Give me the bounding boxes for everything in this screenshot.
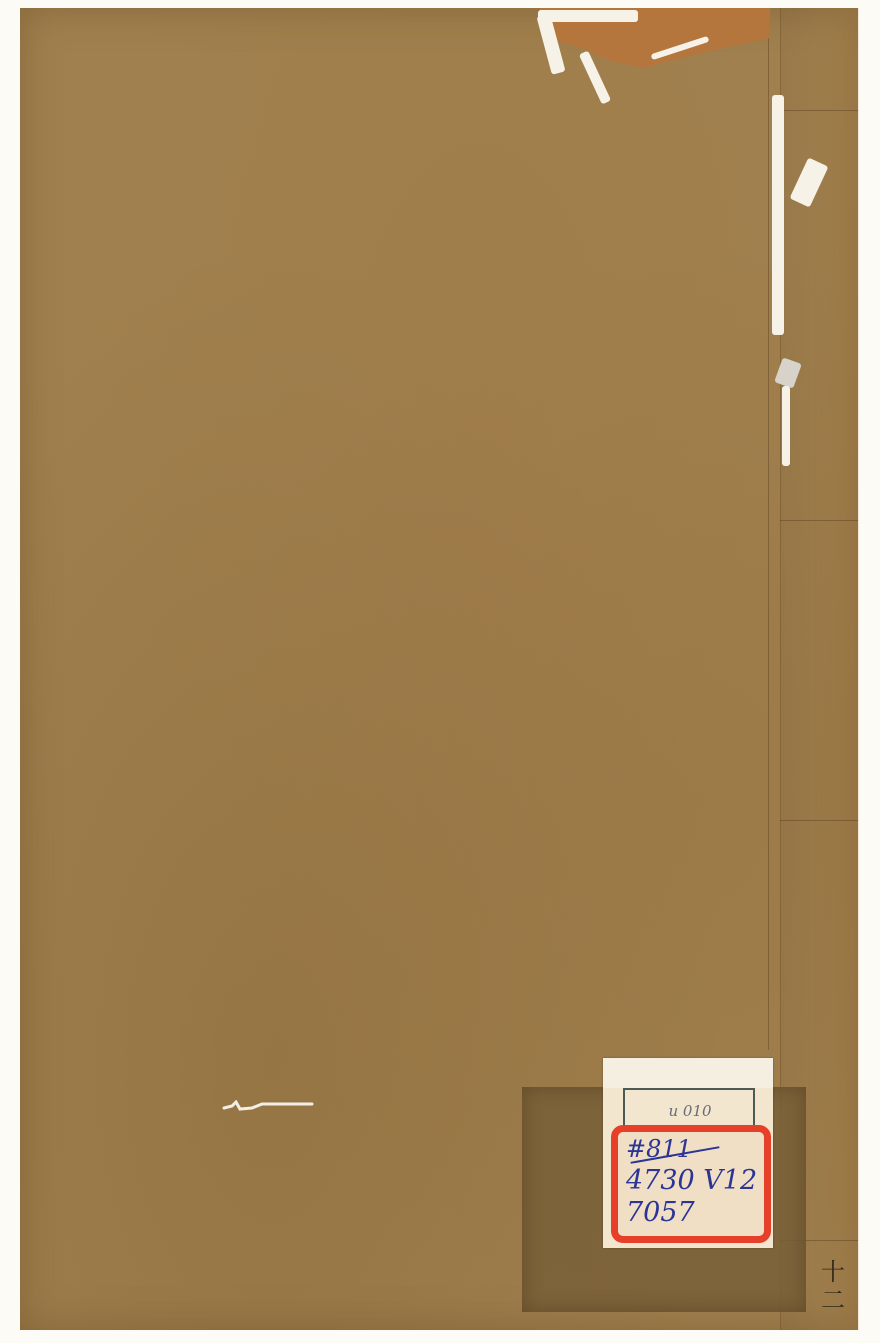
spine-tear <box>782 386 790 466</box>
library-call-number-label: u 010 #811 4730 V12 7057 <box>603 1058 773 1248</box>
spine-fold <box>780 520 858 521</box>
label-printed-ref: u 010 <box>645 1102 735 1120</box>
spine-crease <box>768 10 769 1050</box>
spine-tear <box>772 95 784 335</box>
paper-tear <box>538 10 638 22</box>
spine-fold <box>780 110 858 111</box>
label-red-box: #811 4730 V12 7057 <box>611 1125 771 1243</box>
handwritten-line-3: 7057 <box>626 1198 766 1228</box>
spine-fold <box>780 820 858 821</box>
page-marker: 十二 <box>818 1258 848 1314</box>
handwritten-line-2: 4730 V12 <box>626 1166 766 1196</box>
label-top-strip <box>603 1058 773 1088</box>
surface-scratch <box>222 1100 314 1112</box>
